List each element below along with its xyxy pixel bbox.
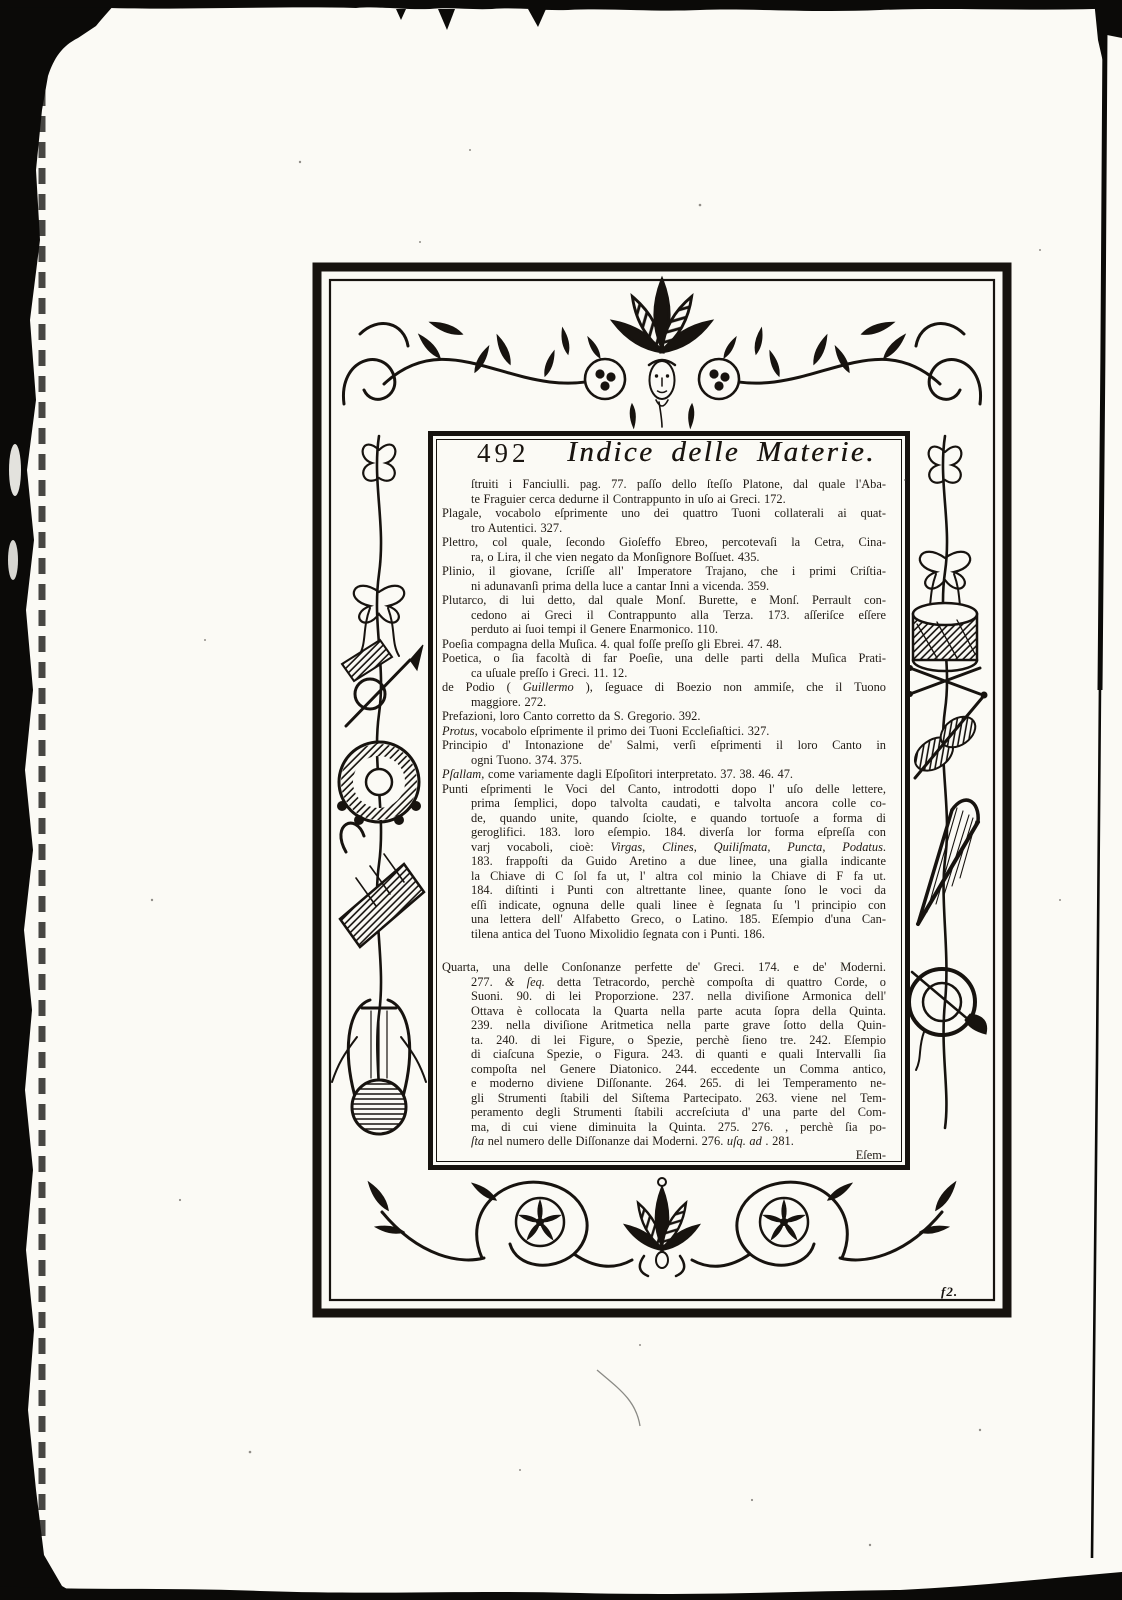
text-line: Poetica, o ſia facoltà di far Poeſie, un… — [442, 651, 886, 666]
right-edge-line — [1092, 30, 1105, 1558]
text-line: ca uſuale preſſo i Greci. 11. 12. — [442, 666, 886, 681]
text-line: maggiore. 272. — [442, 695, 886, 710]
viol — [909, 692, 988, 779]
text-line: perduto ai ſuoi tempi il Genere Enarmoni… — [442, 622, 886, 637]
text-line: te Fraguier cerca dedurne il Contrappunt… — [442, 492, 886, 507]
rosette-right — [692, 1182, 847, 1266]
text-line: Plettro, col quale, ſecondo Gioſeffo Ebr… — [442, 535, 886, 550]
bottom-scrollwork — [366, 1178, 958, 1276]
text-line: 184. diſtinti i Punti con altrettante li… — [442, 883, 886, 898]
text-line: tro Autentici. 327. — [442, 521, 886, 536]
text-line: Plutarco, di lui detto, dal quale Monſ. … — [442, 593, 886, 608]
text-line: prima ſemplici, dopo talvolta caudati, e… — [442, 796, 886, 811]
index-body: ſtruiti i Fanciulli. pag. 77. paſſo dell… — [442, 477, 886, 1149]
text-line: de, quando unite, quando ſciolte, e quan… — [442, 811, 886, 826]
text-line: Pſallam, come variamente dagli Eſpoſitor… — [442, 767, 886, 782]
drum — [913, 603, 977, 671]
text-line: Protus, vocabolo eſprimente il primo dei… — [442, 724, 886, 739]
right-instrument-trophy — [907, 436, 988, 1128]
horn-and-pennant — [342, 640, 423, 726]
text-line: la Chiave di C ſol fa ut, l' altra col m… — [442, 869, 886, 884]
text-line: Poeſia compagna della Muſica. 4. qual fo… — [442, 637, 886, 652]
text-line: Principio d' Intonazione de' Salmi, verſ… — [442, 738, 886, 753]
text-line: Prefazioni, loro Canto corretto da S. Gr… — [442, 709, 886, 724]
text-line: Punti eſprimenti le Voci del Canto, intr… — [442, 782, 886, 797]
text-line: 277. & ſeq. detta Tetracordo, perchè com… — [442, 975, 886, 990]
rosette-left — [477, 1182, 632, 1266]
text-line: Plinio, il giovane, ſcriſſe all' Imperat… — [442, 564, 886, 579]
bottom-edge-shadow — [0, 1572, 1122, 1600]
flower-crown — [610, 280, 714, 357]
text-line: peramento degli Strumenti ſtabili accreſ… — [442, 1105, 886, 1120]
text-line: e moderno diviene Diſſonante. 264. 265. … — [442, 1076, 886, 1091]
french-horn — [909, 969, 987, 1070]
text-line: varj vocaboli, cioè: Virgas, Clines, Qui… — [442, 840, 886, 855]
page-number: 492 — [477, 438, 530, 469]
text-line: ra, o Lira, il che vien negato da Monſig… — [442, 550, 886, 565]
text-line: gli Strumenti ſtabili del Siſtema Partec… — [442, 1091, 886, 1106]
text-line: ogni Tuono. 374. 375. — [442, 753, 886, 768]
plate-mark: f2. — [941, 1284, 958, 1300]
catchword: Eſem- — [856, 1148, 886, 1163]
harp — [918, 800, 978, 924]
text-line: di ciaſcuna Spezie, o Figura. 243. di qu… — [442, 1047, 886, 1062]
text-line: una lettera dell' Alfabetto Greco, o Lat… — [442, 912, 886, 927]
text-line: cedono ai Greci il Contrappunto alla Ter… — [442, 608, 886, 623]
text-line: Quarta, una delle Conſonanze perfette de… — [442, 960, 886, 975]
text-line: ni adunavanſi prima della luce a cantar … — [442, 579, 886, 594]
text-line: Plagale, vocabolo eſprimente uno dei qua… — [442, 506, 886, 521]
ribbon-scroll — [363, 445, 396, 481]
central-palmette — [623, 1178, 701, 1276]
top-edge-shadow — [0, 0, 1122, 11]
text-line: 183. frappoſti da Guido Aretino a due li… — [442, 854, 886, 869]
bow-knot — [354, 586, 404, 623]
text-line: de Podio ( Guillermo ), ſeguace di Boezi… — [442, 680, 886, 695]
berry-medallion-left — [585, 336, 625, 399]
tambourine — [337, 742, 421, 825]
left-edge-shadow — [0, 0, 118, 1600]
text-line: compoſta nel Genere Diatonico. 244. ecce… — [442, 1062, 886, 1077]
scratch-mark — [597, 1370, 640, 1426]
scanned-page: 492 Indice delle Materie. ſtruiti i Fanc… — [0, 0, 1122, 1600]
text-box: 492 Indice delle Materie. ſtruiti i Fanc… — [428, 431, 910, 1170]
text-line: Suoni. 90. di lei Proporzione. 237. nell… — [442, 989, 886, 1004]
text-line: tilena antica del Tuono Mixolidio ſegnat… — [442, 927, 886, 942]
text-line: eſſi indicate, ognuna delle quali linee … — [442, 898, 886, 913]
lyre — [332, 1000, 426, 1134]
text-line: geroglifici. 183. loro eſempio. 184. div… — [442, 825, 886, 840]
text-line: ta. 240. di lei Figure, o Spezie, perchè… — [442, 1033, 886, 1048]
page-title: Indice delle Materie. — [558, 436, 885, 469]
top-garland — [343, 280, 980, 428]
text-line: Ottava è collocata la Quarta nella parte… — [442, 1004, 886, 1019]
top-right-corner — [1094, 0, 1122, 62]
text-line: 239. nella diviſione Aritmetica nella pa… — [442, 1018, 886, 1033]
mask-ornament — [649, 360, 675, 427]
text-line: ma, di cui viene diminuita la Quinta. 27… — [442, 1120, 886, 1135]
text-line: ſtruiti i Fanciulli. pag. 77. paſſo dell… — [442, 477, 886, 492]
ribbon-scroll — [929, 447, 962, 483]
text-line: ſta nel numero delle Diſſonanze dai Mode… — [442, 1134, 886, 1149]
left-instrument-trophy — [332, 436, 426, 1134]
berry-medallion-right — [699, 336, 739, 399]
